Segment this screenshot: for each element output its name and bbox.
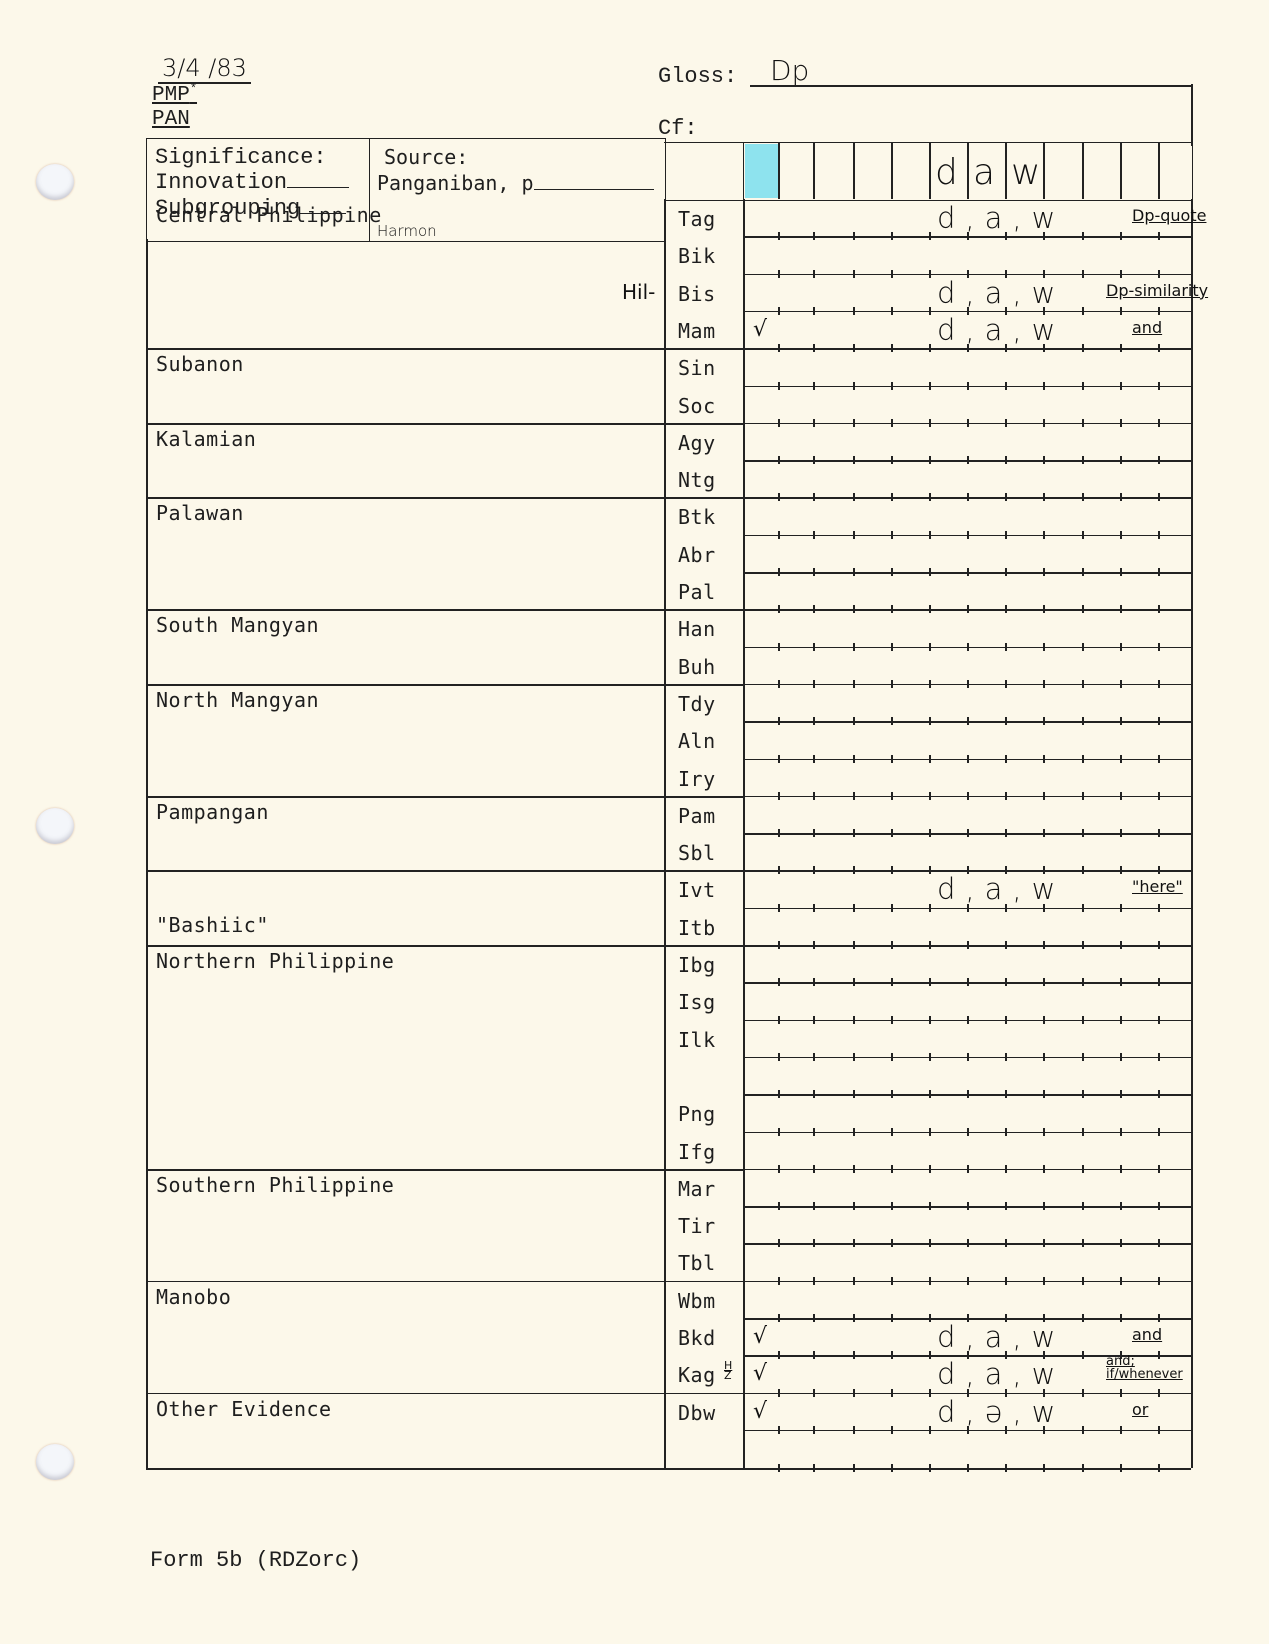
row-tick — [891, 382, 893, 390]
row-tick — [1005, 382, 1007, 390]
row-tick — [813, 419, 815, 427]
row-tick — [813, 1464, 815, 1472]
row-tick — [1082, 1016, 1084, 1024]
row-tick — [853, 1351, 855, 1359]
language-code: Tdy — [678, 692, 716, 716]
row-tick — [1120, 755, 1122, 763]
row-tick — [853, 1389, 855, 1397]
row-tick — [853, 1314, 855, 1322]
row-tick — [1082, 866, 1084, 874]
row-tick — [891, 1314, 893, 1322]
row-tick — [813, 829, 815, 837]
language-code: Tag — [678, 207, 716, 231]
binder-hole-middle — [36, 808, 74, 844]
binder-hole-top — [36, 164, 74, 200]
row-tick — [1158, 1314, 1160, 1322]
group-name: Pampangan — [156, 800, 269, 824]
row-tick — [778, 270, 780, 278]
row-tick — [1043, 605, 1045, 613]
group-name: Southern Philippine — [156, 1173, 394, 1197]
row-tick — [929, 382, 931, 390]
row-tick — [929, 792, 931, 800]
group-name: Central Philippine — [156, 203, 382, 227]
reconstruction-letter: d — [935, 152, 958, 193]
row-tick — [967, 1239, 969, 1247]
row-tick — [778, 941, 780, 949]
group-name: Palawan — [156, 501, 244, 525]
row-tick — [778, 232, 780, 240]
row-tick — [853, 456, 855, 464]
language-code: Ilk — [678, 1028, 716, 1052]
row-tick — [1158, 1090, 1160, 1098]
row-tick — [967, 568, 969, 576]
row-tick — [1158, 978, 1160, 986]
row-tick — [778, 792, 780, 800]
row-tick — [853, 680, 855, 688]
group-name: Subanon — [156, 352, 244, 376]
row-tick — [967, 643, 969, 651]
group-name: Manobo — [156, 1285, 231, 1309]
row-tick — [967, 755, 969, 763]
row-tick — [1005, 680, 1007, 688]
row-tick — [1043, 1016, 1045, 1024]
row-tick — [853, 904, 855, 912]
row-tick — [929, 1314, 931, 1322]
row-tick — [1120, 605, 1122, 613]
label-column-left-border — [664, 199, 666, 1468]
row-tick — [1158, 456, 1160, 464]
row-tick — [853, 1426, 855, 1434]
group-divider — [146, 945, 743, 947]
group-name: Other Evidence — [156, 1397, 332, 1421]
row-tick — [853, 1239, 855, 1247]
row-tick — [891, 978, 893, 986]
language-code: Btk — [678, 505, 716, 529]
cognate-gloss: Dp-quote — [1132, 209, 1206, 222]
checkmark: √ — [753, 317, 767, 342]
row-tick — [891, 1277, 893, 1285]
row-tick — [1005, 755, 1007, 763]
row-tick — [813, 568, 815, 576]
row-tick — [967, 1016, 969, 1024]
source-reference[interactable]: Panganiban, p — [377, 171, 654, 195]
cognate-form[interactable]: d,a,w — [937, 1320, 1065, 1354]
row-tick — [967, 680, 969, 688]
row-tick — [1120, 1389, 1122, 1397]
row-tick — [1158, 493, 1160, 501]
cognate-form[interactable]: d,a,w — [937, 1357, 1065, 1391]
group-name: South Mangyan — [156, 613, 319, 637]
row-tick — [1043, 568, 1045, 576]
gloss-label: Gloss: — [658, 64, 737, 89]
row-tick — [778, 1016, 780, 1024]
box-right-edge — [1191, 84, 1193, 146]
row-tick — [813, 270, 815, 278]
row-tick — [853, 1053, 855, 1061]
row-tick — [929, 493, 931, 501]
row-tick — [891, 232, 893, 240]
row-tick — [1158, 680, 1160, 688]
row-tick — [967, 605, 969, 613]
row-tick — [929, 1165, 931, 1173]
row-tick — [778, 1389, 780, 1397]
row-tick — [853, 1202, 855, 1210]
row-tick — [891, 755, 893, 763]
language-code: Buh — [678, 655, 716, 679]
row-tick — [891, 1389, 893, 1397]
row-tick — [1043, 978, 1045, 986]
binder-hole-bottom — [36, 1444, 74, 1480]
row-tick — [891, 866, 893, 874]
reconstruction-asterisk: * — [190, 82, 197, 96]
row-tick — [929, 643, 931, 651]
row-tick — [891, 531, 893, 539]
date: 3/4 /83 — [158, 54, 251, 84]
row-tick — [1120, 643, 1122, 651]
row-tick — [1005, 717, 1007, 725]
group-divider — [146, 796, 743, 798]
row-tick — [1158, 1277, 1160, 1285]
header-cell-divider — [891, 142, 893, 199]
row-tick — [813, 307, 815, 315]
language-code: Ivt — [678, 878, 716, 902]
row-tick — [813, 1165, 815, 1173]
row-tick — [853, 344, 855, 352]
cognate-gloss: and — [1132, 321, 1162, 334]
row-tick — [1005, 568, 1007, 576]
cognate-form[interactable]: d,a,w — [937, 276, 1065, 310]
row-tick — [1082, 904, 1084, 912]
row-tick — [1120, 829, 1122, 837]
language-code: Han — [678, 617, 716, 641]
language-code: Dbw — [678, 1401, 716, 1425]
row-tick — [1082, 1389, 1084, 1397]
row-tick — [778, 829, 780, 837]
group-name: Northern Philippine — [156, 949, 394, 973]
row-tick — [1082, 568, 1084, 576]
row-tick — [1158, 382, 1160, 390]
checkmark: √ — [753, 1361, 767, 1386]
header-cell-divider — [1158, 142, 1160, 199]
row-tick — [929, 1277, 931, 1285]
row-tick — [1158, 829, 1160, 837]
row-tick — [1158, 717, 1160, 725]
group-divider — [146, 497, 743, 499]
row-tick — [778, 1277, 780, 1285]
cognate-gloss: Dp-similarity — [1106, 284, 1208, 297]
row-tick — [891, 568, 893, 576]
row-tick — [1120, 717, 1122, 725]
row-tick — [1082, 755, 1084, 763]
row-tick — [1043, 1277, 1045, 1285]
row-tick — [929, 232, 931, 240]
row-tick — [778, 344, 780, 352]
row-tick — [929, 1351, 931, 1359]
row-tick — [1082, 829, 1084, 837]
row-tick — [1005, 493, 1007, 501]
row-tick — [929, 717, 931, 725]
row-tick — [813, 531, 815, 539]
row-tick — [1043, 382, 1045, 390]
row-tick — [929, 1426, 931, 1434]
level-pmp: PMP* — [152, 82, 197, 107]
row-tick — [891, 680, 893, 688]
row-tick — [1120, 978, 1122, 986]
cognate-gloss: and;if/whenever — [1106, 1355, 1183, 1381]
row-tick — [1043, 1165, 1045, 1173]
row-tick — [853, 1128, 855, 1136]
row-tick — [813, 382, 815, 390]
group-divider — [146, 423, 743, 425]
row-tick — [853, 493, 855, 501]
row-tick — [929, 1239, 931, 1247]
row-tick — [853, 978, 855, 986]
row-tick — [891, 1239, 893, 1247]
language-code: Soc — [678, 394, 716, 418]
row-tick — [813, 1202, 815, 1210]
row-tick — [1043, 1128, 1045, 1136]
row-tick — [929, 568, 931, 576]
row-tick — [967, 1202, 969, 1210]
row-tick — [1082, 1128, 1084, 1136]
row-tick — [813, 605, 815, 613]
row-tick — [813, 978, 815, 986]
row-tick — [813, 232, 815, 240]
row-tick — [891, 270, 893, 278]
row-tick — [813, 1016, 815, 1024]
row-tick — [813, 1389, 815, 1397]
row-tick — [1120, 270, 1122, 278]
cognate-gloss: and — [1132, 1328, 1162, 1341]
row-tick — [1082, 270, 1084, 278]
row-tick — [1158, 1165, 1160, 1173]
row-tick — [1158, 307, 1160, 315]
row-tick — [1082, 456, 1084, 464]
cognate-form[interactable]: d,a,w — [937, 872, 1065, 906]
language-code: Pam — [678, 804, 716, 828]
row-tick — [853, 419, 855, 427]
language-code: Mar — [678, 1177, 716, 1201]
row-tick — [1120, 1128, 1122, 1136]
row-tick — [1120, 232, 1122, 240]
row-tick — [1082, 1277, 1084, 1285]
row-tick — [1158, 344, 1160, 352]
row-tick — [891, 344, 893, 352]
row-tick — [1158, 270, 1160, 278]
row-tick — [929, 456, 931, 464]
language-code: Ifg — [678, 1140, 716, 1164]
row-tick — [853, 1090, 855, 1098]
row-tick — [1043, 531, 1045, 539]
row-tick — [778, 904, 780, 912]
row-tick — [1120, 941, 1122, 949]
row-tick — [891, 1426, 893, 1434]
row-tick — [853, 232, 855, 240]
row-tick — [891, 643, 893, 651]
innovation-field[interactable]: Innovation — [155, 170, 349, 195]
row-tick — [1158, 419, 1160, 427]
row-tick — [1158, 1202, 1160, 1210]
row-tick — [1120, 307, 1122, 315]
group-divider — [146, 348, 743, 350]
row-tick — [929, 904, 931, 912]
row-tick — [967, 1053, 969, 1061]
row-tick — [1005, 978, 1007, 986]
row-tick — [778, 717, 780, 725]
cognate-form[interactable]: d,a,w — [937, 313, 1065, 347]
cognate-form[interactable]: d,a,w — [937, 201, 1065, 235]
language-code: Wbm — [678, 1289, 716, 1313]
row-tick — [1120, 792, 1122, 800]
row-tick — [1043, 1239, 1045, 1247]
row-tick — [778, 1128, 780, 1136]
language-code: Tbl — [678, 1251, 716, 1275]
header-cell-divider — [1120, 142, 1122, 199]
reconstruction-letter: a — [973, 152, 995, 193]
gloss-underline — [750, 85, 1193, 87]
source-reference-text: Panganiban, p — [377, 171, 534, 195]
row-tick — [853, 307, 855, 315]
header-cell-divider — [1043, 142, 1045, 199]
header-cell-divider — [1005, 142, 1007, 199]
language-code: Sin — [678, 356, 716, 380]
row-tick — [1005, 829, 1007, 837]
row-tick — [967, 531, 969, 539]
row-tick — [813, 493, 815, 501]
language-code: Ntg — [678, 468, 716, 492]
row-tick — [1158, 643, 1160, 651]
row-tick — [853, 1464, 855, 1472]
row-tick — [778, 1351, 780, 1359]
row-tick — [778, 755, 780, 763]
row-tick — [929, 344, 931, 352]
language-code: Itb — [678, 916, 716, 940]
row-tick — [1158, 755, 1160, 763]
row-tick — [1005, 792, 1007, 800]
row-tick — [853, 605, 855, 613]
row-tick — [1043, 643, 1045, 651]
row-tick — [891, 792, 893, 800]
row-tick — [1158, 866, 1160, 874]
row-tick — [967, 941, 969, 949]
row-tick — [1005, 1277, 1007, 1285]
row-tick — [929, 1464, 931, 1472]
row-tick — [967, 419, 969, 427]
highlighted-cell — [745, 144, 778, 198]
row-tick — [813, 717, 815, 725]
row-tick — [1005, 419, 1007, 427]
row-tick — [853, 866, 855, 874]
source-extra: Harmon — [377, 222, 437, 240]
row-tick — [778, 680, 780, 688]
language-code: Bis — [678, 282, 716, 306]
row-tick — [891, 1090, 893, 1098]
row-tick — [778, 1165, 780, 1173]
row-tick — [929, 1202, 931, 1210]
row-tick — [891, 307, 893, 315]
row-tick — [853, 643, 855, 651]
row-tick — [929, 1128, 931, 1136]
row-tick — [891, 456, 893, 464]
row-tick — [813, 344, 815, 352]
row-tick — [813, 1314, 815, 1322]
row-tick — [929, 270, 931, 278]
row-tick — [1043, 792, 1045, 800]
row-tick — [1005, 1165, 1007, 1173]
row-tick — [929, 680, 931, 688]
row-tick — [1043, 1202, 1045, 1210]
row-tick — [891, 419, 893, 427]
row-tick — [929, 531, 931, 539]
row-tick — [778, 419, 780, 427]
row-tick — [929, 941, 931, 949]
row-tick — [1005, 1128, 1007, 1136]
row-tick — [1120, 1314, 1122, 1322]
row-tick — [1158, 1389, 1160, 1397]
row-tick — [778, 1314, 780, 1322]
row-tick — [891, 904, 893, 912]
row-tick — [1120, 1165, 1122, 1173]
row-tick — [778, 605, 780, 613]
row-tick — [853, 717, 855, 725]
row-tick — [1120, 493, 1122, 501]
row-tick — [1043, 456, 1045, 464]
row-tick — [778, 531, 780, 539]
row-tick — [891, 1202, 893, 1210]
row-tick — [1120, 1464, 1122, 1472]
language-code: Iry — [678, 767, 716, 791]
row-tick — [1082, 1053, 1084, 1061]
row-tick — [891, 1351, 893, 1359]
row-tick — [778, 866, 780, 874]
row-tick — [1120, 1090, 1122, 1098]
language-code: Bkd — [678, 1326, 716, 1350]
row-tick — [813, 1277, 815, 1285]
gloss-value[interactable]: Dp — [770, 54, 809, 87]
row-tick — [929, 1016, 931, 1024]
header-cell-divider — [813, 142, 815, 199]
header-cell-divider — [853, 142, 855, 199]
row-tick — [1158, 1053, 1160, 1061]
row-tick — [1082, 941, 1084, 949]
language-code: Png — [678, 1102, 716, 1126]
row-tick — [1120, 1202, 1122, 1210]
language-code: Pal — [678, 580, 716, 604]
header-cell-divider — [929, 142, 931, 199]
row-tick — [1120, 1053, 1122, 1061]
row-tick — [778, 1426, 780, 1434]
row-tick — [967, 456, 969, 464]
row-tick — [1082, 605, 1084, 613]
row-tick — [778, 1090, 780, 1098]
row-tick — [813, 792, 815, 800]
row-tick — [891, 717, 893, 725]
language-code: Agy — [678, 431, 716, 455]
row-tick — [967, 978, 969, 986]
row-tick — [1005, 456, 1007, 464]
row-tick — [1005, 1239, 1007, 1247]
row-tick — [1005, 1053, 1007, 1061]
row-tick — [1005, 605, 1007, 613]
row-tick — [1158, 1016, 1160, 1024]
language-code: Kag — [678, 1363, 716, 1387]
group-name: "Bashiic" — [156, 913, 269, 937]
row-tick — [853, 755, 855, 763]
cognate-form[interactable]: d,ə,w — [937, 1395, 1065, 1429]
row-tick — [1082, 792, 1084, 800]
row-tick — [1005, 1464, 1007, 1472]
row-tick — [1158, 1426, 1160, 1434]
